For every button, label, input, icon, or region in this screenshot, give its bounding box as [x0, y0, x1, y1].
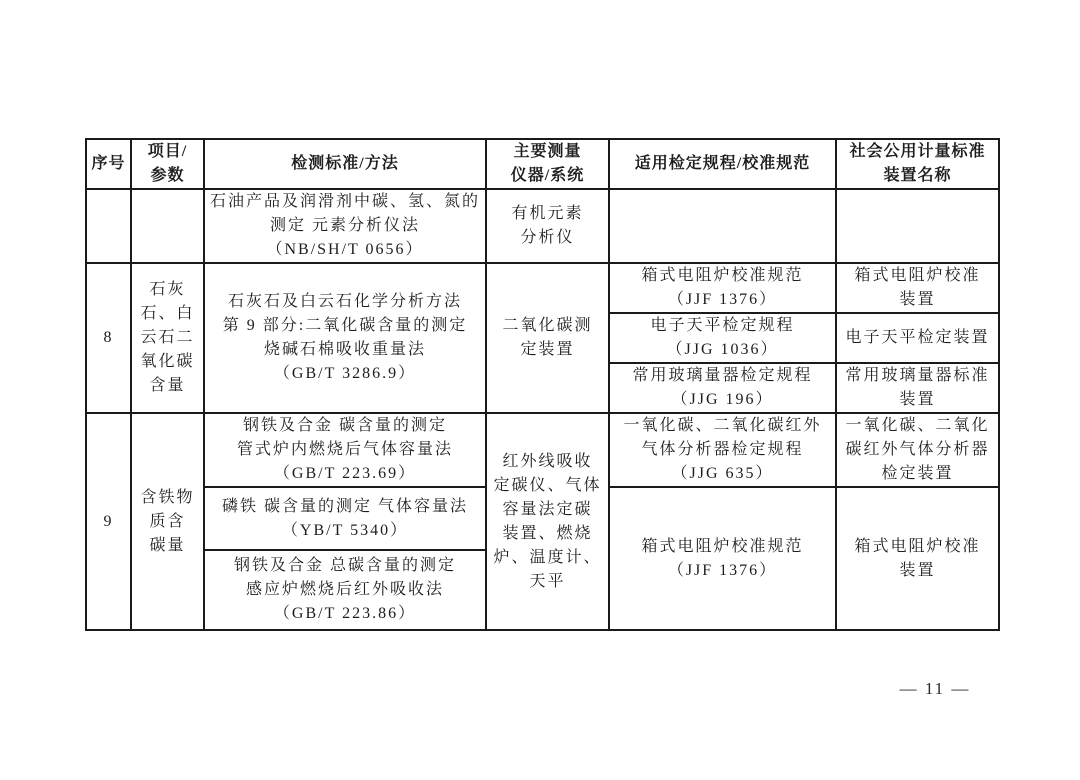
- row8-device-cell-3: 常用玻璃量器标准 装置: [836, 363, 999, 413]
- row8-subrow-1: 8 石灰 石、白 云石二 氧化碳 含量 石灰石及白云石化学分析方法 第 9 部分…: [86, 263, 999, 313]
- header-test-standard: 检测标准/方法: [204, 139, 486, 189]
- row7-seq-cell: [86, 189, 131, 263]
- row8-regulation-cell-1: 箱式电阻炉校准规范 （JJF 1376）: [609, 263, 836, 313]
- header-main-instrument: 主要测量 仪器/系统: [486, 139, 609, 189]
- row7-item-cell: [131, 189, 204, 263]
- row9-seq-cell: 9: [86, 413, 131, 630]
- row9-device-cell-2: 箱式电阻炉校准 装置: [836, 487, 999, 630]
- header-item-parameter: 项目/ 参数: [131, 139, 204, 189]
- row8-item-cell: 石灰 石、白 云石二 氧化碳 含量: [131, 263, 204, 413]
- row7-method-cell: 石油产品及润滑剂中碳、氢、氮的 测定 元素分析仪法 （NB/SH/T 0656）: [204, 189, 486, 263]
- row8-device-cell-1: 箱式电阻炉校准 装置: [836, 263, 999, 313]
- header-public-standard-device: 社会公用计量标准 装置名称: [836, 139, 999, 189]
- standards-table: 序号 项目/ 参数 检测标准/方法 主要测量 仪器/系统 适用检定规程/校准规范…: [85, 138, 1000, 631]
- row7-instrument-cell: 有机元素 分析仪: [486, 189, 609, 263]
- row9-item-cell: 含铁物 质含 碳量: [131, 413, 204, 630]
- header-regulation: 适用检定规程/校准规范: [609, 139, 836, 189]
- document-page: 序号 项目/ 参数 检测标准/方法 主要测量 仪器/系统 适用检定规程/校准规范…: [0, 0, 1080, 780]
- row8-regulation-cell-3: 常用玻璃量器检定规程 （JJG 196）: [609, 363, 836, 413]
- row8-seq-cell: 8: [86, 263, 131, 413]
- row7-continuation: 石油产品及润滑剂中碳、氢、氮的 测定 元素分析仪法 （NB/SH/T 0656）…: [86, 189, 999, 263]
- row9-subrow-1: 9 含铁物 质含 碳量 钢铁及合金 碳含量的测定 管式炉内燃烧后气体容量法 （G…: [86, 413, 999, 487]
- row8-instrument-cell: 二氧化碳测 定装置: [486, 263, 609, 413]
- row7-regulation-cell: [609, 189, 836, 263]
- row9-instrument-cell: 红外线吸收 定碳仪、气体 容量法定碳 装置、燃烧 炉、温度计、 天平: [486, 413, 609, 630]
- header-row: 序号 项目/ 参数 检测标准/方法 主要测量 仪器/系统 适用检定规程/校准规范…: [86, 139, 999, 189]
- row8-method-cell: 石灰石及白云石化学分析方法 第 9 部分:二氧化碳含量的测定 烧碱石棉吸收重量法…: [204, 263, 486, 413]
- row7-device-cell: [836, 189, 999, 263]
- row9-device-cell-1: 一氧化碳、二氧化 碳红外气体分析器 检定装置: [836, 413, 999, 487]
- row9-method-cell-2: 磷铁 碳含量的测定 气体容量法 （YB/T 5340）: [204, 487, 486, 550]
- row9-method-cell-1: 钢铁及合金 碳含量的测定 管式炉内燃烧后气体容量法 （GB/T 223.69）: [204, 413, 486, 487]
- page-number: — 11 —: [870, 679, 1000, 699]
- row9-method-cell-3: 钢铁及合金 总碳含量的测定 感应炉燃烧后红外吸收法 （GB/T 223.86）: [204, 550, 486, 630]
- row8-device-cell-2: 电子天平检定装置: [836, 313, 999, 363]
- row9-regulation-cell-2: 箱式电阻炉校准规范 （JJF 1376）: [609, 487, 836, 630]
- row9-regulation-cell-1: 一氧化碳、二氧化碳红外 气体分析器检定规程 （JJG 635）: [609, 413, 836, 487]
- row8-regulation-cell-2: 电子天平检定规程 （JJG 1036）: [609, 313, 836, 363]
- header-seq: 序号: [86, 139, 131, 189]
